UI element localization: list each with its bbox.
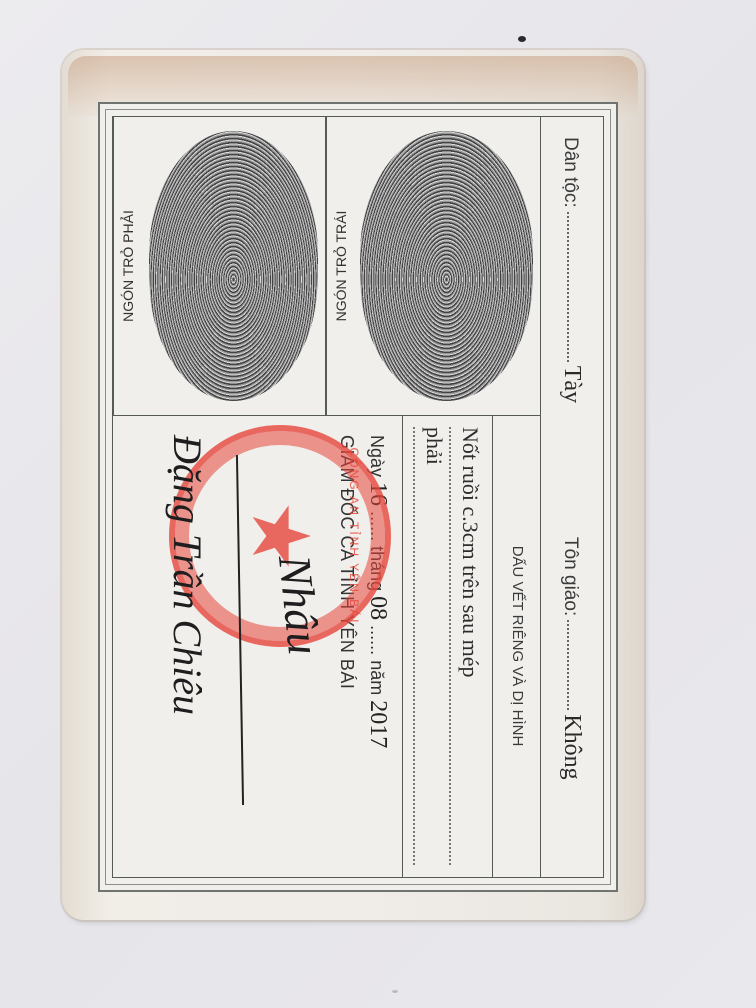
signature-mark: Nhâu xyxy=(268,553,331,658)
religion-field: Tôn giáo:Không xyxy=(558,537,585,780)
identifying-marks-line-2: phải xyxy=(413,427,449,865)
year-value: 2017 xyxy=(365,700,391,748)
section-divider xyxy=(402,415,403,877)
identifying-marks-line-1: Nốt ruồi c.3cm trên sau mép xyxy=(449,427,485,865)
ethnicity-religion-row: Dân tộc:Tày Tôn giáo:Không xyxy=(540,117,603,877)
identifying-marks-header: DẤU VẾT RIÊNG VÀ DỊ HÌNH xyxy=(492,415,541,877)
right-index-fingerprint-image xyxy=(149,131,318,401)
card-frame: Dân tộc:Tày Tôn giáo:Không NGÓN TRỎ TRÁI… xyxy=(112,116,604,878)
left-index-label: NGÓN TRỎ TRÁI xyxy=(326,117,355,415)
id-card-back: Dân tộc:Tày Tôn giáo:Không NGÓN TRỎ TRÁI… xyxy=(98,102,618,892)
stamp-ring-text: CÔNG AN TỈNH YÊN BÁI xyxy=(347,431,361,641)
fingerprint-column: NGÓN TRỎ TRÁI NGÓN TRỎ PHẢI xyxy=(113,117,541,416)
id-card: Dân tộc:Tày Tôn giáo:Không NGÓN TRỎ TRÁI… xyxy=(98,102,618,892)
dust-speck xyxy=(392,990,398,993)
details-column: DẤU VẾT RIÊNG VÀ DỊ HÌNH Nốt ruồi c.3cm … xyxy=(113,415,541,877)
religion-label: Tôn giáo: xyxy=(560,537,581,616)
ethnicity-value: Tày xyxy=(559,366,585,403)
religion-value: Không xyxy=(559,714,585,779)
right-index-fingerprint-cell: NGÓN TRỎ PHẢI xyxy=(113,117,326,415)
ethnicity-field: Dân tộc:Tày xyxy=(558,137,585,403)
signatory-name: Đặng Trần Chiêu xyxy=(164,435,211,715)
dust-speck xyxy=(518,36,526,42)
year-label: năm xyxy=(367,660,387,695)
left-index-fingerprint-image xyxy=(360,131,533,401)
left-index-fingerprint-cell: NGÓN TRỎ TRÁI xyxy=(325,117,541,415)
ethnicity-label: Dân tộc: xyxy=(560,137,581,208)
right-index-label: NGÓN TRỎ PHẢI xyxy=(113,117,142,415)
